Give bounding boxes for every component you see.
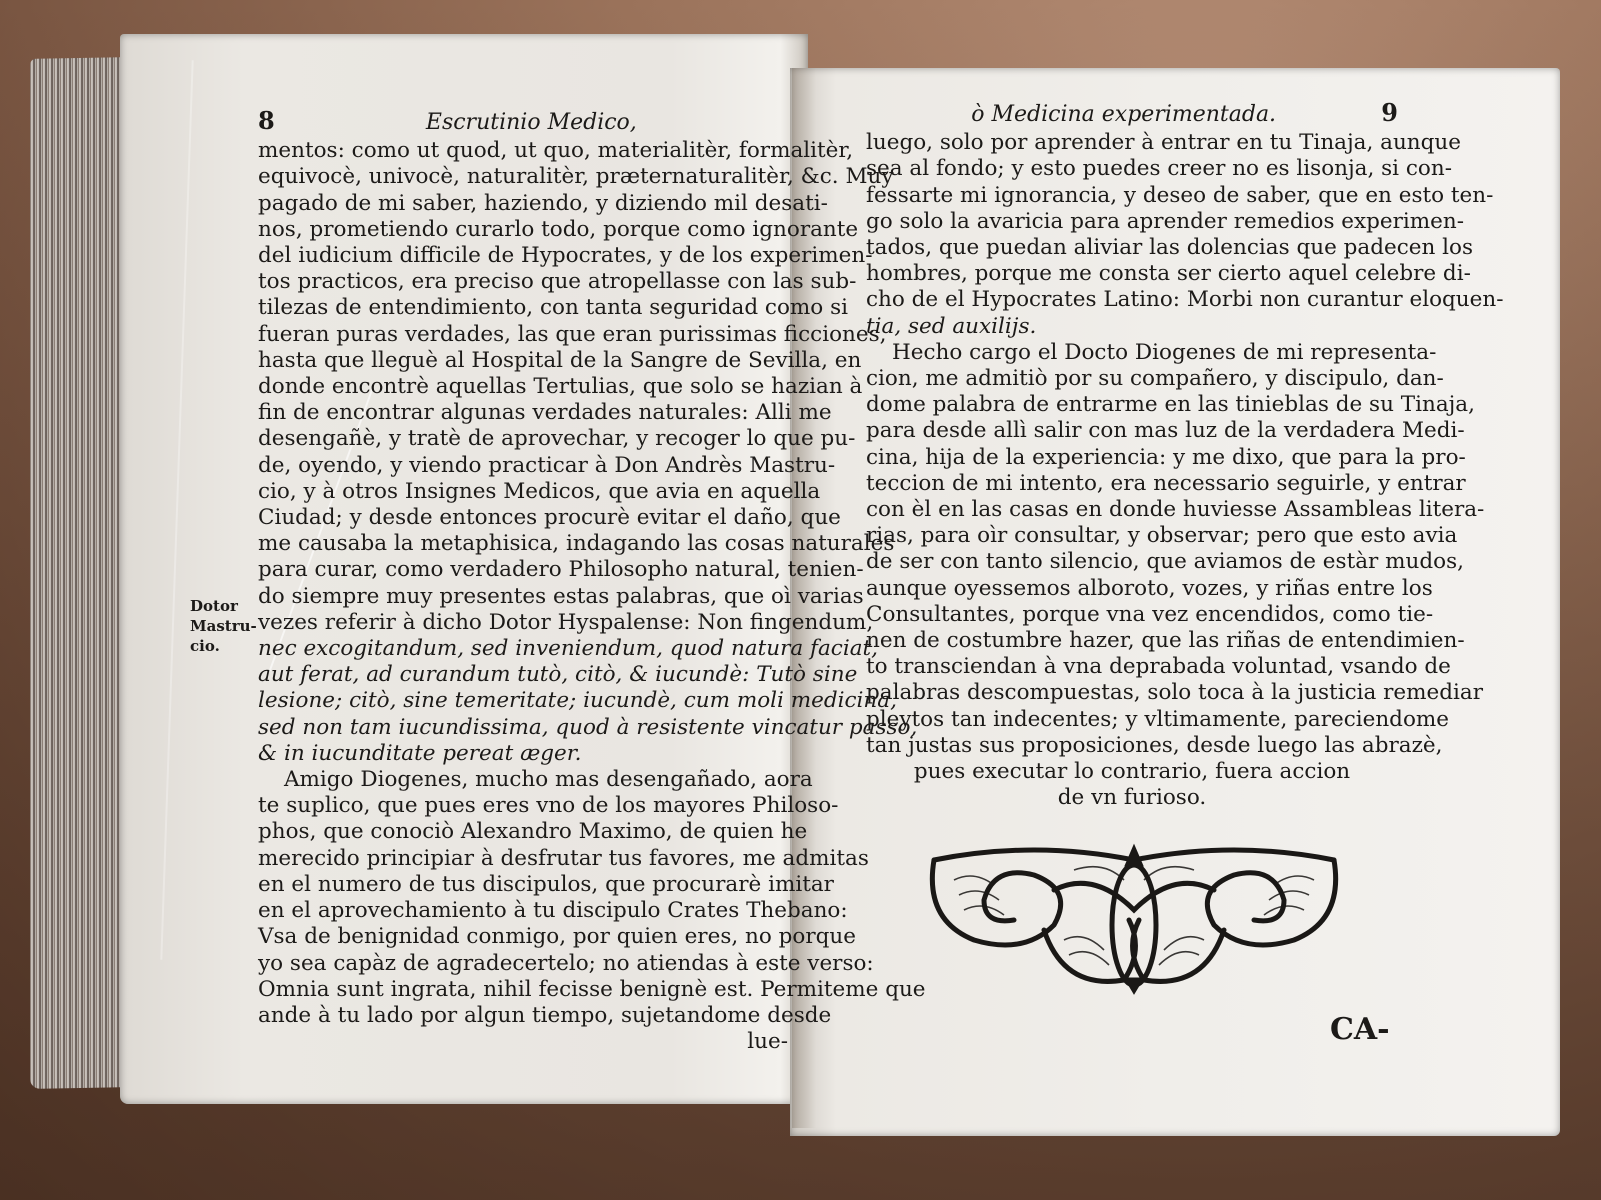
text-line: tia, sed auxilijs. (866, 314, 1398, 340)
text-line: lesione; citò, sine temeritate; iucundè,… (258, 688, 788, 714)
text-line: do siempre muy presentes estas palabras,… (258, 584, 788, 610)
text-line: Ciudad; y desde entonces procurè evitar … (258, 505, 788, 531)
running-head-title: ò Medicina experimentada. (866, 102, 1381, 128)
text-line: sed non tam iucundissima, quod à resiste… (258, 715, 788, 741)
text-line: cho de el Hypocrates Latino: Morbi non c… (866, 287, 1398, 313)
text-line: mentos: como ut quod, ut quo, materialit… (258, 138, 788, 164)
text-line: pagado de mi saber, haziendo, y diziendo… (258, 191, 788, 217)
text-line: cina, hija de la experiencia: y me dixo,… (866, 445, 1398, 471)
text-line: fin de encontrar algunas verdades natura… (258, 400, 788, 426)
text-line: para curar, como verdadero Philosopho na… (258, 557, 788, 583)
catchword: lue- (258, 1029, 788, 1055)
running-head-title: Escrutinio Medico, (275, 110, 788, 136)
text-line: equivocè, univocè, naturalitèr, præterna… (258, 164, 788, 190)
text-line: Consultantes, porque vna vez encendidos,… (866, 602, 1398, 628)
text-line: Hecho cargo el Docto Diogenes de mi repr… (866, 340, 1398, 366)
marginal-note: Dotor Mastru- cio. (190, 596, 246, 656)
text-line: rias, para oìr consultar, y observar; pe… (866, 523, 1398, 549)
text-line: go solo la avaricia para aprender remedi… (866, 209, 1398, 235)
text-line: & in iucunditate pereat æger. (258, 741, 788, 767)
marginal-note-line: Mastru- (190, 616, 246, 636)
text-line: pues executar lo contrario, fuera accion (866, 759, 1398, 785)
text-line: yo sea capàz de agradecertelo; no atiend… (258, 951, 788, 977)
text-line: donde encontrè aquellas Tertulias, que s… (258, 374, 788, 400)
text-line: teccion de mi intento, era necessario se… (866, 471, 1398, 497)
text-line: palabras descompuestas, solo toca à la j… (866, 680, 1398, 706)
text-line: de, oyendo, y viendo practicar à Don And… (258, 453, 788, 479)
text-line: Vsa de benignidad conmigo, por quien ere… (258, 924, 788, 950)
catchword: CA- (1330, 1012, 1390, 1047)
page-number: 8 (258, 108, 275, 134)
text-line: luego, solo por aprender à entrar en tu … (866, 130, 1398, 156)
text-line: to transciendan à vna deprabada voluntad… (866, 654, 1398, 680)
text-line: phos, que conociò Alexandro Maximo, de q… (258, 819, 788, 845)
text-line: hombres, porque me consta ser cierto aqu… (866, 261, 1398, 287)
text-line: Amigo Diogenes, mucho mas desengañado, a… (258, 767, 788, 793)
text-line: dome palabra de entrarme en las tiniebla… (866, 392, 1398, 418)
woodcut-ornament-icon (914, 830, 1354, 1000)
left-page-text: 8 Escrutinio Medico, mentos: como ut quo… (258, 108, 788, 1055)
text-line: con èl en las casas en donde huviesse As… (866, 497, 1398, 523)
text-line: aut ferat, ad curandum tutò, citò, & iuc… (258, 662, 788, 688)
text-line: ande à tu lado por algun tiempo, sujetan… (258, 1003, 788, 1029)
right-body-lines: luego, solo por aprender à entrar en tu … (866, 130, 1398, 811)
marginal-note-line: cio. (190, 636, 246, 656)
text-line: en el numero de tus discipulos, que proc… (258, 872, 788, 898)
text-line: pleytos tan indecentes; y vltimamente, p… (866, 707, 1398, 733)
text-line: nos, prometiendo curarlo todo, porque co… (258, 217, 788, 243)
right-page-text: ò Medicina experimentada. 9 luego, solo … (866, 100, 1398, 811)
marginal-note-line: Dotor (190, 596, 246, 616)
left-body-lines: mentos: como ut quod, ut quo, materialit… (258, 138, 788, 1029)
text-line: tan justas sus proposiciones, desde lueg… (866, 733, 1398, 759)
text-line: tados, que puedan aliviar las dolencias … (866, 235, 1398, 261)
text-line: cio, y à otros Insignes Medicos, que avi… (258, 479, 788, 505)
text-line: para desde allì salir con mas luz de la … (866, 418, 1398, 444)
text-line: cion, me admitiò por su compañero, y dis… (866, 366, 1398, 392)
text-line: Omnia sunt ingrata, nihil fecisse benign… (258, 977, 788, 1003)
text-line: desengañè, y tratè de aprovechar, y reco… (258, 426, 788, 452)
text-line: fessarte mi ignorancia, y deseo de saber… (866, 183, 1398, 209)
left-running-head: 8 Escrutinio Medico, (258, 108, 788, 136)
text-line: de vn furioso. (866, 785, 1398, 811)
text-line: nec excogitandum, sed inveniendum, quod … (258, 636, 788, 662)
text-line: de ser con tanto silencio, que aviamos d… (866, 549, 1398, 575)
text-line: hasta que lleguè al Hospital de la Sangr… (258, 348, 788, 374)
text-line: sea al fondo; y esto puedes creer no es … (866, 156, 1398, 182)
page-edges (30, 57, 130, 1089)
text-line: nen de costumbre hazer, que las riñas de… (866, 628, 1398, 654)
page-number: 9 (1381, 100, 1398, 126)
text-line: en el aprovechamiento à tu discipulo Cra… (258, 898, 788, 924)
text-line: tos practicos, era preciso que atropella… (258, 269, 788, 295)
text-line: te suplico, que pues eres vno de los may… (258, 793, 788, 819)
text-line: tilezas de entendimiento, con tanta segu… (258, 295, 788, 321)
text-line: vezes referir à dicho Dotor Hyspalense: … (258, 610, 788, 636)
text-line: del iudicium difficile de Hypocrates, y … (258, 243, 788, 269)
text-line: fueran puras verdades, las que eran puri… (258, 322, 788, 348)
text-line: aunque oyessemos alboroto, vozes, y riña… (866, 576, 1398, 602)
right-running-head: ò Medicina experimentada. 9 (866, 100, 1398, 128)
text-line: merecido principiar à desfrutar tus favo… (258, 846, 788, 872)
text-line: me causaba la metaphisica, indagando las… (258, 531, 788, 557)
